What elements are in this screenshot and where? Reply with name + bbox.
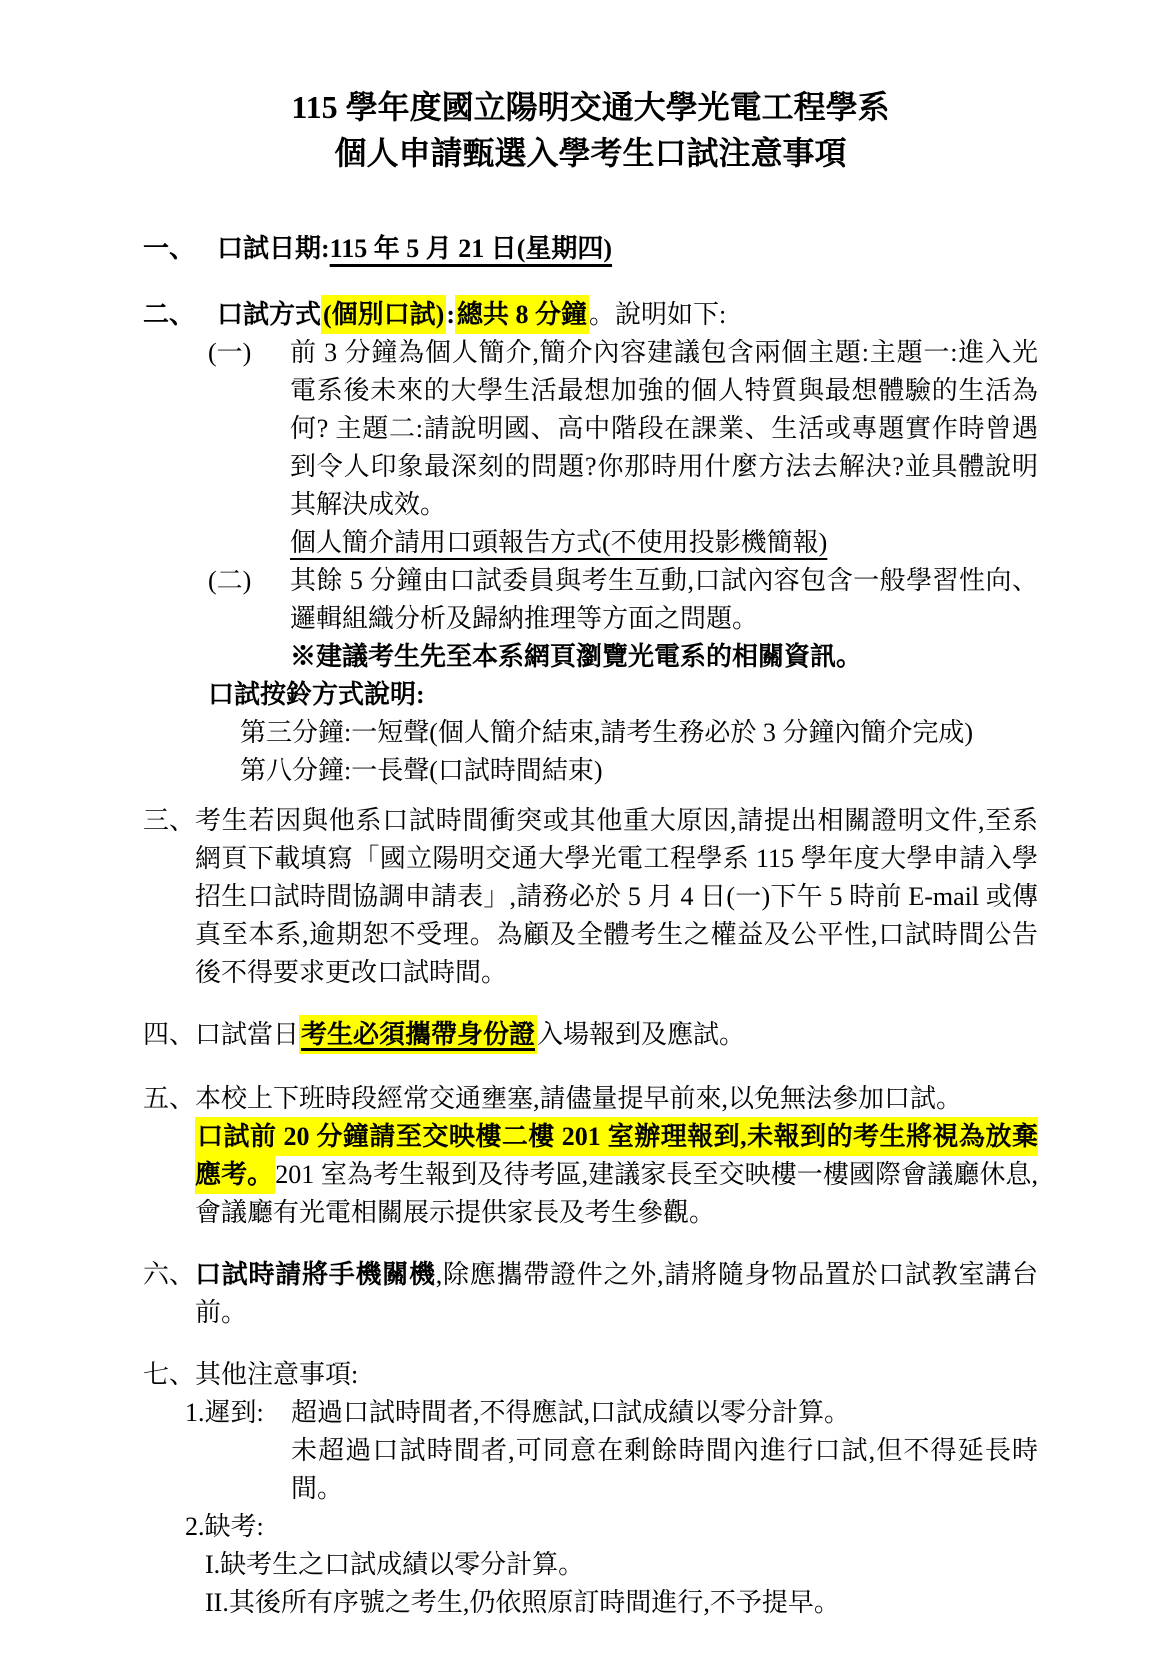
section-2-number: 二、 (143, 296, 217, 334)
id-required-post: 入場報到及應試。 (537, 1020, 745, 1049)
section-7-number: 七、 (143, 1356, 195, 1394)
late-arrival-item: 1.遲到: 超過口試時間者,不得應試,口試成績以零分計算。 未超過口試時間者,可… (185, 1394, 1038, 1508)
exam-format-label: 口試方式 (217, 300, 321, 329)
section-3-text: 考生若因與他系口試時間衝突或其他重大原因,請提出相關證明文件,至系網頁下載填寫「… (195, 802, 1038, 992)
section-exam-format: 二、 口試方式(個別口試):總共 8 分鐘。說明如下: (一) 前 3 分鐘為個… (143, 296, 1038, 790)
exam-date-value: 115 年 5 月 21 日(星期四) (330, 234, 612, 263)
section-4-number: 四、 (143, 1016, 195, 1054)
subsection-2-number: (二) (208, 562, 290, 676)
section-checkin: 五、 本校上下班時段經常交通壅塞,請儘量提早前來,以免無法參加口試。 口試前 2… (143, 1080, 1038, 1232)
oral-report-note-text: 個人簡介請用口頭報告方式(不使用投影機簡報) (290, 528, 827, 557)
document-title: 115 學年度國立陽明交通大學光電工程學系 個人申請甄選入學考生口試注意事項 (143, 84, 1038, 176)
id-required-highlight: 考生必須攜帶身份證 (299, 1015, 537, 1054)
bell-signal-block: 口試按鈴方式說明: 第三分鐘:一短聲(個人簡介結束,請考生務必於 3 分鐘內簡介… (208, 676, 1038, 790)
absence-label: 2.缺考: (185, 1508, 1038, 1546)
exam-date-label: 口試日期: (217, 234, 330, 263)
subsection-2-body: 其餘 5 分鐘由口試委員與考生互動,口試內容包含一般學習性向、邏輯組織分析及歸納… (290, 562, 1038, 676)
title-line-2: 個人申請甄選入學考生口試注意事項 (143, 130, 1038, 176)
website-browse-note: ※建議考生先至本系網頁瀏覽光電系的相關資訊。 (290, 638, 1038, 676)
subsection-2-text: 其餘 5 分鐘由口試委員與考生互動,口試內容包含一般學習性向、邏輯組織分析及歸納… (290, 562, 1038, 638)
exam-format-colon: : (446, 300, 455, 329)
exam-format-duration-highlight: 總共 8 分鐘 (455, 295, 589, 334)
section-5-number: 五、 (143, 1080, 195, 1118)
section-5-body: 本校上下班時段經常交通壅塞,請儘量提早前來,以免無法參加口試。 口試前 20 分… (195, 1080, 1038, 1232)
document-page: 115 學年度國立陽明交通大學光電工程學系 個人申請甄選入學考生口試注意事項 一… (0, 0, 1170, 1622)
absence-rule-1: I.缺考生之口試成績以零分計算。 (205, 1546, 1038, 1584)
section-2-headline: 二、 口試方式(個別口試):總共 8 分鐘。說明如下: (143, 296, 1038, 334)
late-arrival-line-2: 未超過口試時間者,可同意在剩餘時間內進行口試,但不得延長時間。 (291, 1432, 1038, 1508)
subsection-1-number: (一) (208, 334, 290, 562)
bell-minute-3: 第三分鐘:一短聲(個人簡介結束,請考生務必於 3 分鐘內簡介完成) (240, 714, 1038, 752)
title-line-1: 115 學年度國立陽明交通大學光電工程學系 (143, 84, 1038, 130)
late-arrival-body: 超過口試時間者,不得應試,口試成績以零分計算。 未超過口試時間者,可同意在剩餘時… (291, 1394, 1038, 1508)
subsection-1-text: 前 3 分鐘為個人簡介,簡介內容建議包含兩個主題:主題一:進入光電系後未來的大學… (290, 334, 1038, 524)
checkin-detail: 口試前 20 分鐘請至交映樓二樓 201 室辦理報到,未報到的考生將視為放棄應考… (195, 1118, 1038, 1232)
oral-report-note: 個人簡介請用口頭報告方式(不使用投影機簡報) (290, 524, 1038, 562)
exam-format-tail: 。說明如下: (589, 300, 726, 329)
section-3-number: 三、 (143, 802, 195, 840)
section-7-heading: 其他注意事項: (195, 1356, 1038, 1394)
exam-format-mode-highlight: (個別口試) (321, 295, 446, 334)
late-arrival-line-1: 超過口試時間者,不得應試,口試成績以零分計算。 (291, 1394, 1038, 1432)
bell-minute-8: 第八分鐘:一長聲(口試時間結束) (240, 752, 1038, 790)
section-exam-date: 一、 口試日期:115 年 5 月 21 日(星期四) (143, 230, 1038, 268)
late-arrival-label: 1.遲到: (185, 1394, 291, 1508)
section-1-number: 一、 (143, 230, 217, 268)
section-6-number: 六、 (143, 1256, 195, 1294)
section-6-body: 口試時請將手機關機,除應攜帶證件之外,請將隨身物品置於口試教室講台前。 (195, 1256, 1038, 1332)
section-4-body: 口試當日考生必須攜帶身份證入場報到及應試。 (195, 1016, 1038, 1054)
absence-rule-2: II.其後所有序號之考生,仍依照原訂時間進行,不予提早。 (205, 1584, 1038, 1622)
subsection-1-body: 前 3 分鐘為個人簡介,簡介內容建議包含兩個主題:主題一:進入光電系後未來的大學… (290, 334, 1038, 562)
id-required-pre: 口試當日 (195, 1020, 299, 1049)
section-2-head-body: 口試方式(個別口試):總共 8 分鐘。說明如下: (217, 296, 1038, 334)
subsection-interaction-5min: (二) 其餘 5 分鐘由口試委員與考生互動,口試內容包含一般學習性向、邏輯組織分… (208, 562, 1038, 676)
section-1-body: 口試日期:115 年 5 月 21 日(星期四) (217, 230, 1038, 268)
section-other-notes: 七、 其他注意事項: 1.遲到: 超過口試時間者,不得應試,口試成績以零分計算。… (143, 1356, 1038, 1622)
checkin-intro: 本校上下班時段經常交通壅塞,請儘量提早前來,以免無法參加口試。 (195, 1080, 1038, 1118)
checkin-post: 201 室為考生報到及待考區,建議家長至交映樓一樓國際會議廳休息,會議廳有光電相… (195, 1160, 1038, 1227)
phone-off-bold: 口試時請將手機關機 (195, 1260, 436, 1289)
section-7-headline: 七、 其他注意事項: (143, 1356, 1038, 1394)
subsection-intro-3min: (一) 前 3 分鐘為個人簡介,簡介內容建議包含兩個主題:主題一:進入光電系後未… (208, 334, 1038, 562)
bell-heading: 口試按鈴方式說明: (208, 676, 1038, 714)
section-id-required: 四、 口試當日考生必須攜帶身份證入場報到及應試。 (143, 1016, 1038, 1054)
section-phone-off: 六、 口試時請將手機關機,除應攜帶證件之外,請將隨身物品置於口試教室講台前。 (143, 1256, 1038, 1332)
section-schedule-conflict: 三、 考生若因與他系口試時間衝突或其他重大原因,請提出相關證明文件,至系網頁下載… (143, 802, 1038, 992)
